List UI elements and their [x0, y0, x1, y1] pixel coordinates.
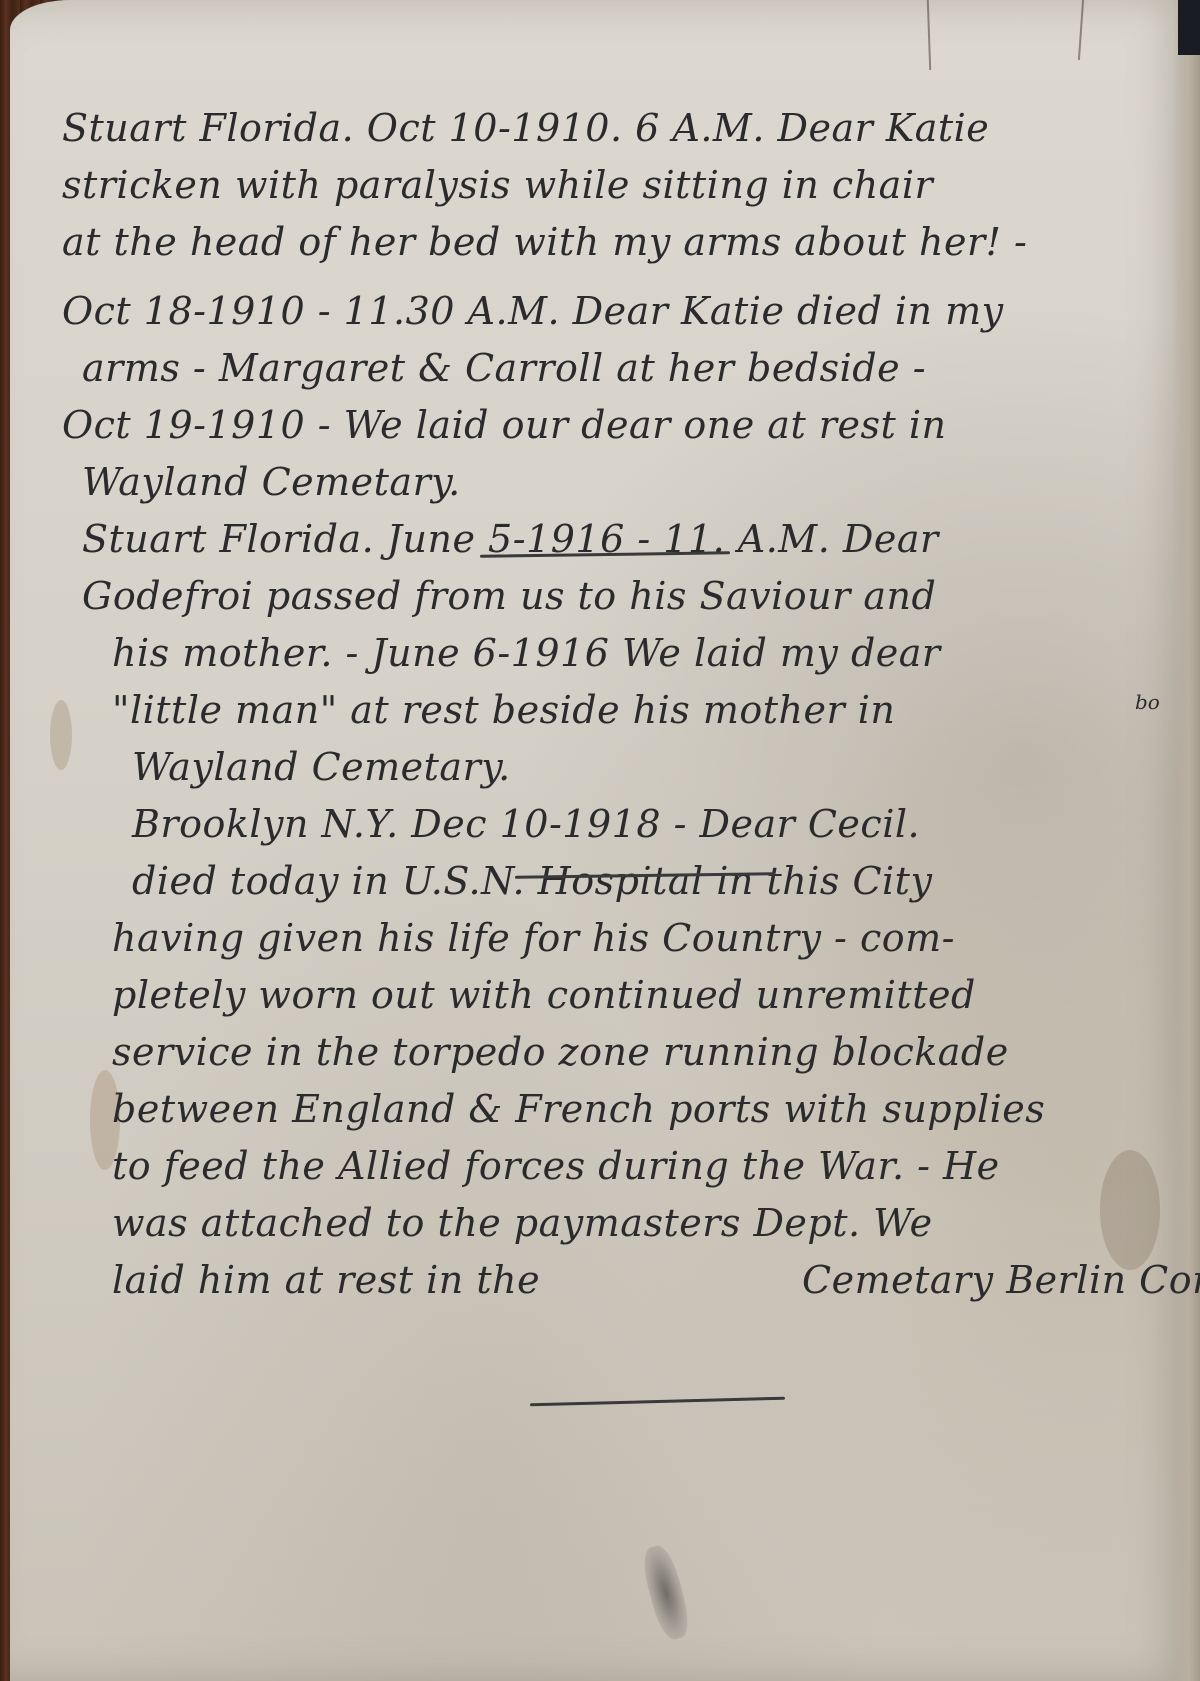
- entry-3-line-8: was attached to the paymasters Dept. We: [62, 1195, 1142, 1252]
- page-spine-shadow: [1172, 0, 1200, 1681]
- entry-1-line-1: Stuart Florida. Oct 10-1910. 6 A.M. Dear…: [62, 100, 1142, 157]
- entry-3-line-6: between England & French ports with supp…: [62, 1081, 1142, 1138]
- page-corner-shadow: [1178, 0, 1200, 55]
- entry-2-line-3: his mother. - June 6-1916 We laid my dea…: [62, 625, 1142, 682]
- journal-page: Stuart Florida. Oct 10-1910. 6 A.M. Dear…: [10, 0, 1200, 1681]
- entry-1-line-3: at the head of her bed with my arms abou…: [62, 214, 1142, 271]
- paper-crease: [1078, 0, 1084, 60]
- entry-3-line-5: service in the torpedo zone running bloc…: [62, 1024, 1142, 1081]
- entry-1-line-4: Oct 18-1910 - 11.30 A.M. Dear Katie died…: [62, 283, 1142, 340]
- entry-3-line-2: died today in U.S.N. Hospital in this Ci…: [62, 853, 1142, 910]
- entry-2-line-2: Godefroi passed from us to his Saviour a…: [62, 568, 1142, 625]
- entry-3-line-9-left: laid him at rest in the: [112, 1258, 540, 1302]
- entry-1-line-7: Wayland Cemetary.: [62, 454, 1142, 511]
- entry-3-line-9: laid him at rest in the Cemetary Berlin …: [62, 1252, 1142, 1309]
- ink-smudge: [638, 1542, 693, 1642]
- underline-stroke: [530, 1397, 785, 1407]
- entry-3-line-1: Brooklyn N.Y. Dec 10-1918 - Dear Cecil.: [62, 796, 1142, 853]
- entry-3-line-9-right: Cemetary Berlin Com: [802, 1252, 1200, 1309]
- entry-1-line-6: Oct 19-1910 - We laid our dear one at re…: [62, 397, 1142, 454]
- entry-1-line-5: arms - Margaret & Carroll at her bedside…: [62, 340, 1142, 397]
- entry-2-line-1: Stuart Florida. June 5-1916 - 11. A.M. D…: [62, 511, 1142, 568]
- paper-crease: [927, 0, 931, 70]
- entry-2-line-4: "little man" at rest beside his mother i…: [62, 682, 1142, 739]
- entry-3-line-7: to feed the Allied forces during the War…: [62, 1138, 1142, 1195]
- handwritten-text: Stuart Florida. Oct 10-1910. 6 A.M. Dear…: [62, 100, 1142, 1309]
- entry-1-line-2: stricken with paralysis while sitting in…: [62, 157, 1142, 214]
- entry-3-line-4: pletely worn out with continued unremitt…: [62, 967, 1142, 1024]
- entry-3-line-3: having given his life for his Country - …: [62, 910, 1142, 967]
- entry-2-line-5: Wayland Cemetary.: [62, 739, 1142, 796]
- superscript-annotation: bo: [1135, 690, 1160, 714]
